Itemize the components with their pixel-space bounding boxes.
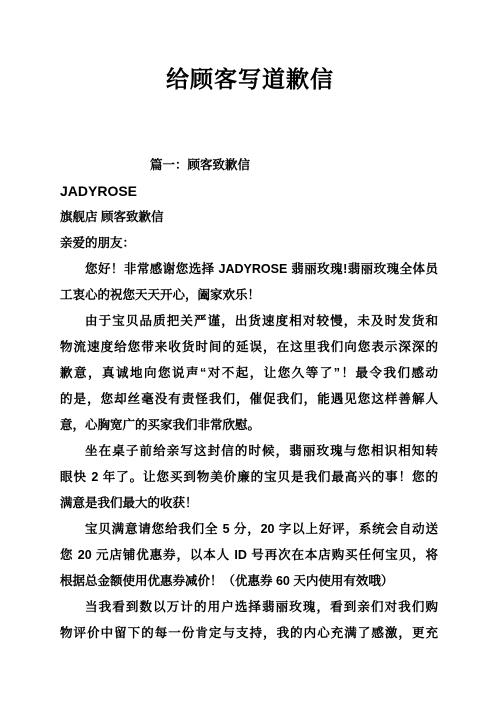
- paragraph-line: 歉意，真诚地向您说声“对不起，让您久等了”！最令我们感动: [60, 360, 438, 386]
- brand-name-line: JADYROSE: [60, 178, 438, 204]
- document-title: 给顾客写道歉信: [0, 63, 500, 95]
- paragraph-line: 眼快 2 年了。让您买到物美价廉的宝贝是我们最高兴的事！您的: [60, 464, 438, 490]
- paragraph-line: 满意是我们最大的收获！: [60, 490, 438, 516]
- store-title-line: 旗舰店 顾客致歉信: [60, 204, 438, 230]
- paragraph-line: 物流速度给您带来收货时间的延误，在这里我们向您表示深深的: [60, 334, 438, 360]
- paragraph-line: 工衷心的祝您天天开心，阖家欢乐！: [60, 282, 438, 308]
- paragraph-line: 物评价中留下的每一份肯定与支持，我的内心充满了感激，更充: [60, 620, 438, 646]
- paragraph-line: 意，心胸宽广的买家我们非常欣慰。: [60, 412, 438, 438]
- paragraph-line: 您 20 元店铺优惠券，以本人 ID 号再次在本店购买任何宝贝，将: [60, 542, 438, 568]
- paragraph-line: 您好！非常感谢您选择 JADYROSE 翡丽玫瑰!翡丽玫瑰全体员: [60, 256, 438, 282]
- paragraph-line: 由于宝贝品质把关严谨，出货速度相对较慢，未及时发货和: [60, 308, 438, 334]
- paragraph-line: 宝贝满意请您给我们全 5 分，20 字以上好评，系统会自动送: [60, 516, 438, 542]
- paragraph-line: 坐在桌子前给亲写这封信的时候，翡丽玫瑰与您相识相知转: [60, 438, 438, 464]
- paragraph-line: 根据总金额使用优惠券减价！（优惠券 60 天内使用有效哦）: [60, 568, 438, 594]
- document-body: 篇一：顾客致歉信 JADYROSE 旗舰店 顾客致歉信 亲爱的朋友： 您好！非常…: [60, 152, 438, 646]
- document-page: 给顾客写道歉信 篇一：顾客致歉信 JADYROSE 旗舰店 顾客致歉信 亲爱的朋…: [0, 0, 500, 707]
- section-heading: 篇一：顾客致歉信: [60, 152, 438, 178]
- paragraph-line: 当我看到数以万计的用户选择翡丽玫瑰，看到亲们对我们购: [60, 594, 438, 620]
- paragraph-line: 的是，您却丝毫没有责怪我们，催促我们，能遇见您这样善解人: [60, 386, 438, 412]
- salutation-line: 亲爱的朋友：: [60, 230, 438, 256]
